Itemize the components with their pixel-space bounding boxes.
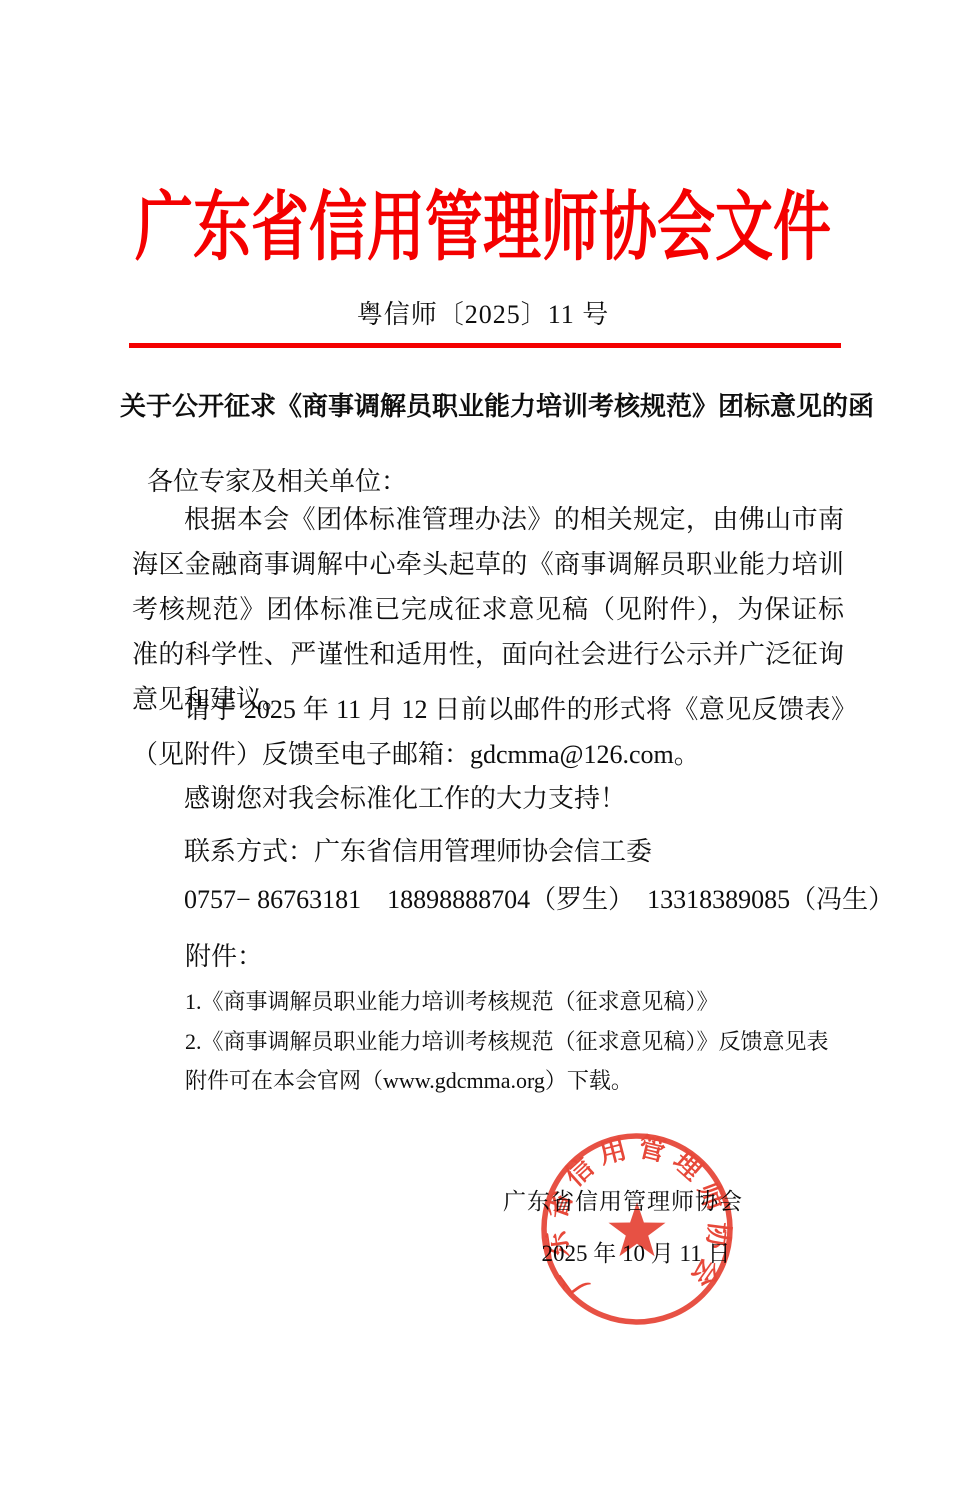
official-seal-graphic: 广东省信用管理师协会 <box>537 1129 737 1329</box>
paragraph-contact: 联系方式：广东省信用管理师协会信工委 <box>132 829 844 874</box>
paragraph-phone-numbers: 0757− 86763181 18898888704（罗生） 133183890… <box>132 877 844 922</box>
salutation: 各位专家及相关单位： <box>147 461 407 498</box>
seal-ring <box>544 1136 730 1322</box>
attachment-item-1: 1.《商事调解员职业能力培训考核规范（征求意见稿）》 <box>185 985 719 1016</box>
attachments-download-note: 附件可在本会官网（www.gdcmma.org）下载。 <box>185 1064 633 1095</box>
signature-org-name: 广东省信用管理师协会 <box>433 1183 813 1216</box>
document-page: 广东省信用管理师协会文件 粤信师〔2025〕11 号 关于公开征求《商事调解员职… <box>0 0 966 1500</box>
doc-number: 粤信师〔2025〕11 号 <box>0 294 966 331</box>
red-header-title: 广东省信用管理师协会文件 <box>0 166 966 275</box>
attachment-item-2: 2.《商事调解员职业能力培训考核规范（征求意见稿）》反馈意见表 <box>185 1025 829 1056</box>
attachments-label: 附件： <box>185 936 263 973</box>
paragraph-deadline-email: 请于 2025 年 11 月 12 日前以邮件的形式将《意见反馈表》（见附件）反… <box>132 687 844 777</box>
official-seal: 广东省信用管理师协会 <box>537 1129 737 1329</box>
signature-date: 2025 年 10 月 11 日 <box>446 1235 826 1268</box>
paragraph-thanks: 感谢您对我会标准化工作的大力支持！ <box>132 776 844 821</box>
red-divider-rule <box>129 343 841 348</box>
letter-title: 关于公开征求《商事调解员职业能力培训考核规范》团标意见的函 <box>120 386 846 423</box>
